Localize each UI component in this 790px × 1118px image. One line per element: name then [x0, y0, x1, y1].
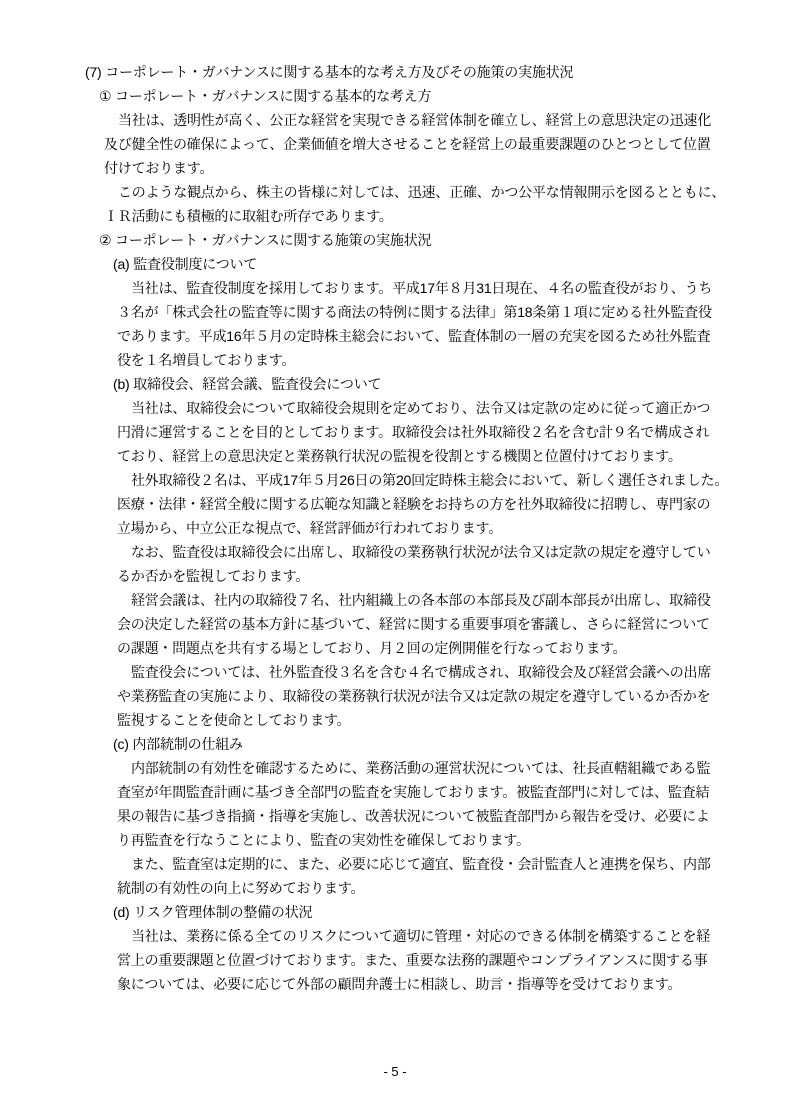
paragraph-line: 果の報告に基づき指摘・指導を実施し、改善状況について被監査部門から報告を受け、必…	[0, 804, 790, 828]
paragraph-line: ＩＲ活動にも積極的に取組む所存であります。	[0, 204, 790, 228]
paragraph-line: 査室が年間監査計画に基づき全部門の監査を実施しております。被監査部門に対しては、…	[0, 780, 790, 804]
paragraph-line: 立場から、中立公正な視点で、経営評価が行われております。	[0, 516, 790, 540]
paragraph-line: 会の決定した経営の基本方針に基づいて、経営に関する重要事項を審議し、さらに経営に…	[0, 612, 790, 636]
paragraph-line: なお、監査役は取締役会に出席し、取締役の業務執行状況が法令又は定款の規定を遵守し…	[0, 540, 790, 564]
paragraph-line: 医療・法律・経営全般に関する広範な知識と経験をお持ちの方を社外取締役に招聘し、専…	[0, 492, 790, 516]
paragraph-line: り再監査を行なうことにより、監査の実効性を確保しております。	[0, 828, 790, 852]
item-heading-d: (d) リスク管理体制の整備の状況	[0, 900, 790, 924]
paragraph-line: 内部統制の有効性を確認するために、業務活動の運営状況については、社長直轄組織であ…	[0, 756, 790, 780]
paragraph-line: 監査役会については、社外監査役３名を含む４名で構成され、取締役会及び経営会議への…	[0, 660, 790, 684]
paragraph-line: 当社は、監査役制度を採用しております。平成17年８月31日現在、４名の監査役がお…	[0, 276, 790, 300]
paragraph-line: 監視することを使命としております。	[0, 708, 790, 732]
paragraph-line: 当社は、透明性が高く、公正な経営を実現できる経営体制を確立し、経営上の意思決定の…	[0, 108, 790, 132]
paragraph-line: 営上の重要課題と位置づけております。また、重要な法務的課題やコンプライアンスに関…	[0, 948, 790, 972]
paragraph-line: ３名が「株式会社の監査等に関する商法の特例に関する法律」第18条第１項に定める社…	[0, 300, 790, 324]
paragraph-line: 円滑に運営することを目的としております。取締役会は社外取締役２名を含む計９名で構…	[0, 420, 790, 444]
item-heading-b: (b) 取締役会、経営会議、監査役会について	[0, 372, 790, 396]
paragraph-line: 付けております。	[0, 156, 790, 180]
item-heading-c: (c) 内部統制の仕組み	[0, 732, 790, 756]
paragraph-line: 象については、必要に応じて外部の顧問弁護士に相談し、助言・指導等を受けております…	[0, 972, 790, 996]
paragraph-line: るか否かを監視しております。	[0, 564, 790, 588]
page-number: - 5 -	[0, 1060, 790, 1084]
paragraph-line: や業務監査の実施により、取締役の業務執行状況が法令又は定款の規定を遵守しているか…	[0, 684, 790, 708]
section-heading-7: (7) コーポレート・ガバナンスに関する基本的な考え方及びその施策の実施状況	[0, 60, 790, 84]
paragraph-line: 統制の有効性の向上に努めております。	[0, 876, 790, 900]
paragraph-line: 役を１名増員しております。	[0, 348, 790, 372]
paragraph-line: の課題・問題点を共有する場としており、月２回の定例開催を行なっております。	[0, 636, 790, 660]
paragraph-line: であります。平成16年５月の定時株主総会において、監査体制の一層の充実を図るため…	[0, 324, 790, 348]
subsection-heading-2: ② コーポレート・ガバナンスに関する施策の実施状況	[0, 228, 790, 252]
paragraph-line: 社外取締役２名は、平成17年５月26日の第20回定時株主総会において、新しく選任…	[0, 468, 790, 492]
paragraph-line: 経営会議は、社内の取締役７名、社内組織上の各本部の本部長及び副本部長が出席し、取…	[0, 588, 790, 612]
subsection-heading-1: ① コーポレート・ガバナンスに関する基本的な考え方	[0, 84, 790, 108]
item-heading-a: (a) 監査役制度について	[0, 252, 790, 276]
paragraph-line: また、監査室は定期的に、また、必要に応じて適宜、監査役・会計監査人と連携を保ち、…	[0, 852, 790, 876]
paragraph-line: 当社は、業務に係る全てのリスクについて適切に管理・対応のできる体制を構築すること…	[0, 924, 790, 948]
document-body: (7) コーポレート・ガバナンスに関する基本的な考え方及びその施策の実施状況 ①…	[0, 60, 790, 996]
paragraph-line: 当社は、取締役会について取締役会規則を定めており、法令又は定款の定めに従って適正…	[0, 396, 790, 420]
paragraph-line: 及び健全性の確保によって、企業価値を増大させることを経営上の最重要課題のひとつと…	[0, 132, 790, 156]
paragraph-line: このような観点から、株主の皆様に対しては、迅速、正確、かつ公平な情報開示を図ると…	[0, 180, 790, 204]
paragraph-line: ており、経営上の意思決定と業務執行状況の監視を役割とする機関と位置付けております…	[0, 444, 790, 468]
document-page: (7) コーポレート・ガバナンスに関する基本的な考え方及びその施策の実施状況 ①…	[0, 0, 790, 1118]
